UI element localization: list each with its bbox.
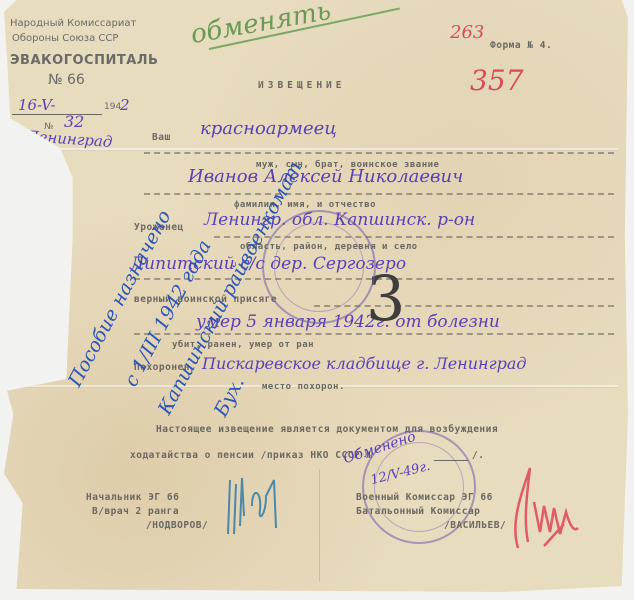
closing-line-2-end: /. (472, 450, 484, 461)
red-number-top: 263 (450, 22, 484, 43)
signature-right (504, 462, 584, 552)
stamp-number: 32 (64, 112, 84, 131)
stamp-date: 16-V- (18, 96, 56, 114)
sig-right-title-2: Батальонный Комиссар (356, 506, 480, 517)
field-caption-7: место похорон. (262, 382, 345, 392)
field-value-rank: красноармеец (200, 118, 337, 139)
closing-line-1: Настоящее извещение является документом … (156, 424, 498, 435)
sig-left-title-2: В/врач 2 ранга (92, 506, 179, 517)
document-title: ИЗВЕЩЕНИЕ (258, 80, 345, 91)
field-caption-2: фамилия, имя, и отчество (234, 200, 376, 210)
stamp-line-1: Народный Комиссариат (10, 18, 136, 29)
stamp-line-2: Обороны Союза ССР (12, 33, 118, 44)
stamp-year-hand: 2 (120, 96, 130, 114)
field-value-burial: Пискаревское кладбище г. Ленинград (202, 354, 527, 373)
stamp-line-4: № 66 (48, 72, 85, 88)
dashed-line (144, 193, 614, 195)
sig-right-name: /ВАСИЛЬЕВ/ (444, 520, 506, 531)
red-number-mid: 357 (470, 64, 523, 97)
note-line-4: Бух. (210, 373, 249, 420)
stamp-line-3: ЭВАКОГОСПИТАЛЬ (10, 53, 158, 68)
closing-line-2: ходатайства о пенсии /приказ НКО СССР № (130, 450, 373, 461)
date-underline (12, 114, 102, 115)
fold-line (319, 470, 320, 582)
stamp-city: Ленинград (25, 127, 112, 151)
dashed-line (144, 152, 614, 154)
sig-left-name: /НОДВОРОВ/ (146, 520, 208, 531)
diagonal-note: Бух. (210, 373, 249, 420)
field-label-1: Ваш (152, 132, 171, 143)
round-seal (262, 210, 376, 324)
field-value-name: Иванов Алексей Николаевич (188, 166, 463, 187)
sig-right-title-1: Военный Комиссар ЭГ 66 (356, 492, 493, 503)
document-paper: Народный Комиссариат Обороны Союза ССР Э… (4, 0, 628, 592)
signature-left (222, 476, 282, 536)
sig-left-title-1: Начальник ЭГ 66 (86, 492, 179, 503)
form-number: Форма № 4. (490, 40, 552, 51)
field-label-5: верный воинской присяге (134, 294, 277, 305)
stamp-year-typed: 194 (104, 102, 121, 112)
